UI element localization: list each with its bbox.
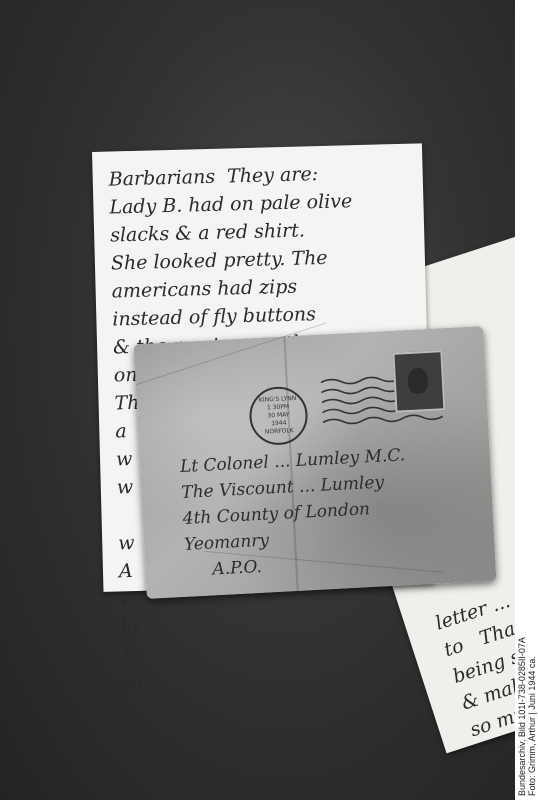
credit-line-archive: Bundesarchiv, Bild 101I-738-0285II-07A (517, 596, 527, 796)
photograph: letter ... me for to Thank ... keep it a… (0, 0, 515, 800)
archive-credit: Bundesarchiv, Bild 101I-738-0285II-07A F… (517, 596, 537, 796)
envelope-address: Lt Colonel ... Lumley M.C. The Viscount … (179, 442, 411, 584)
archive-credit-strip: Bundesarchiv, Bild 101I-738-0285II-07A F… (515, 0, 538, 800)
credit-line-photographer: Foto: Grimm, Arthur | Juni 1944 ca. (527, 596, 537, 796)
postmark-stamp: KING'S LYNN 1 30PM 30 MAY 1944 NORFOLK (248, 385, 309, 446)
envelope: KING'S LYNN 1 30PM 30 MAY 1944 NORFOLK L… (134, 326, 497, 599)
postage-stamp (392, 350, 445, 413)
